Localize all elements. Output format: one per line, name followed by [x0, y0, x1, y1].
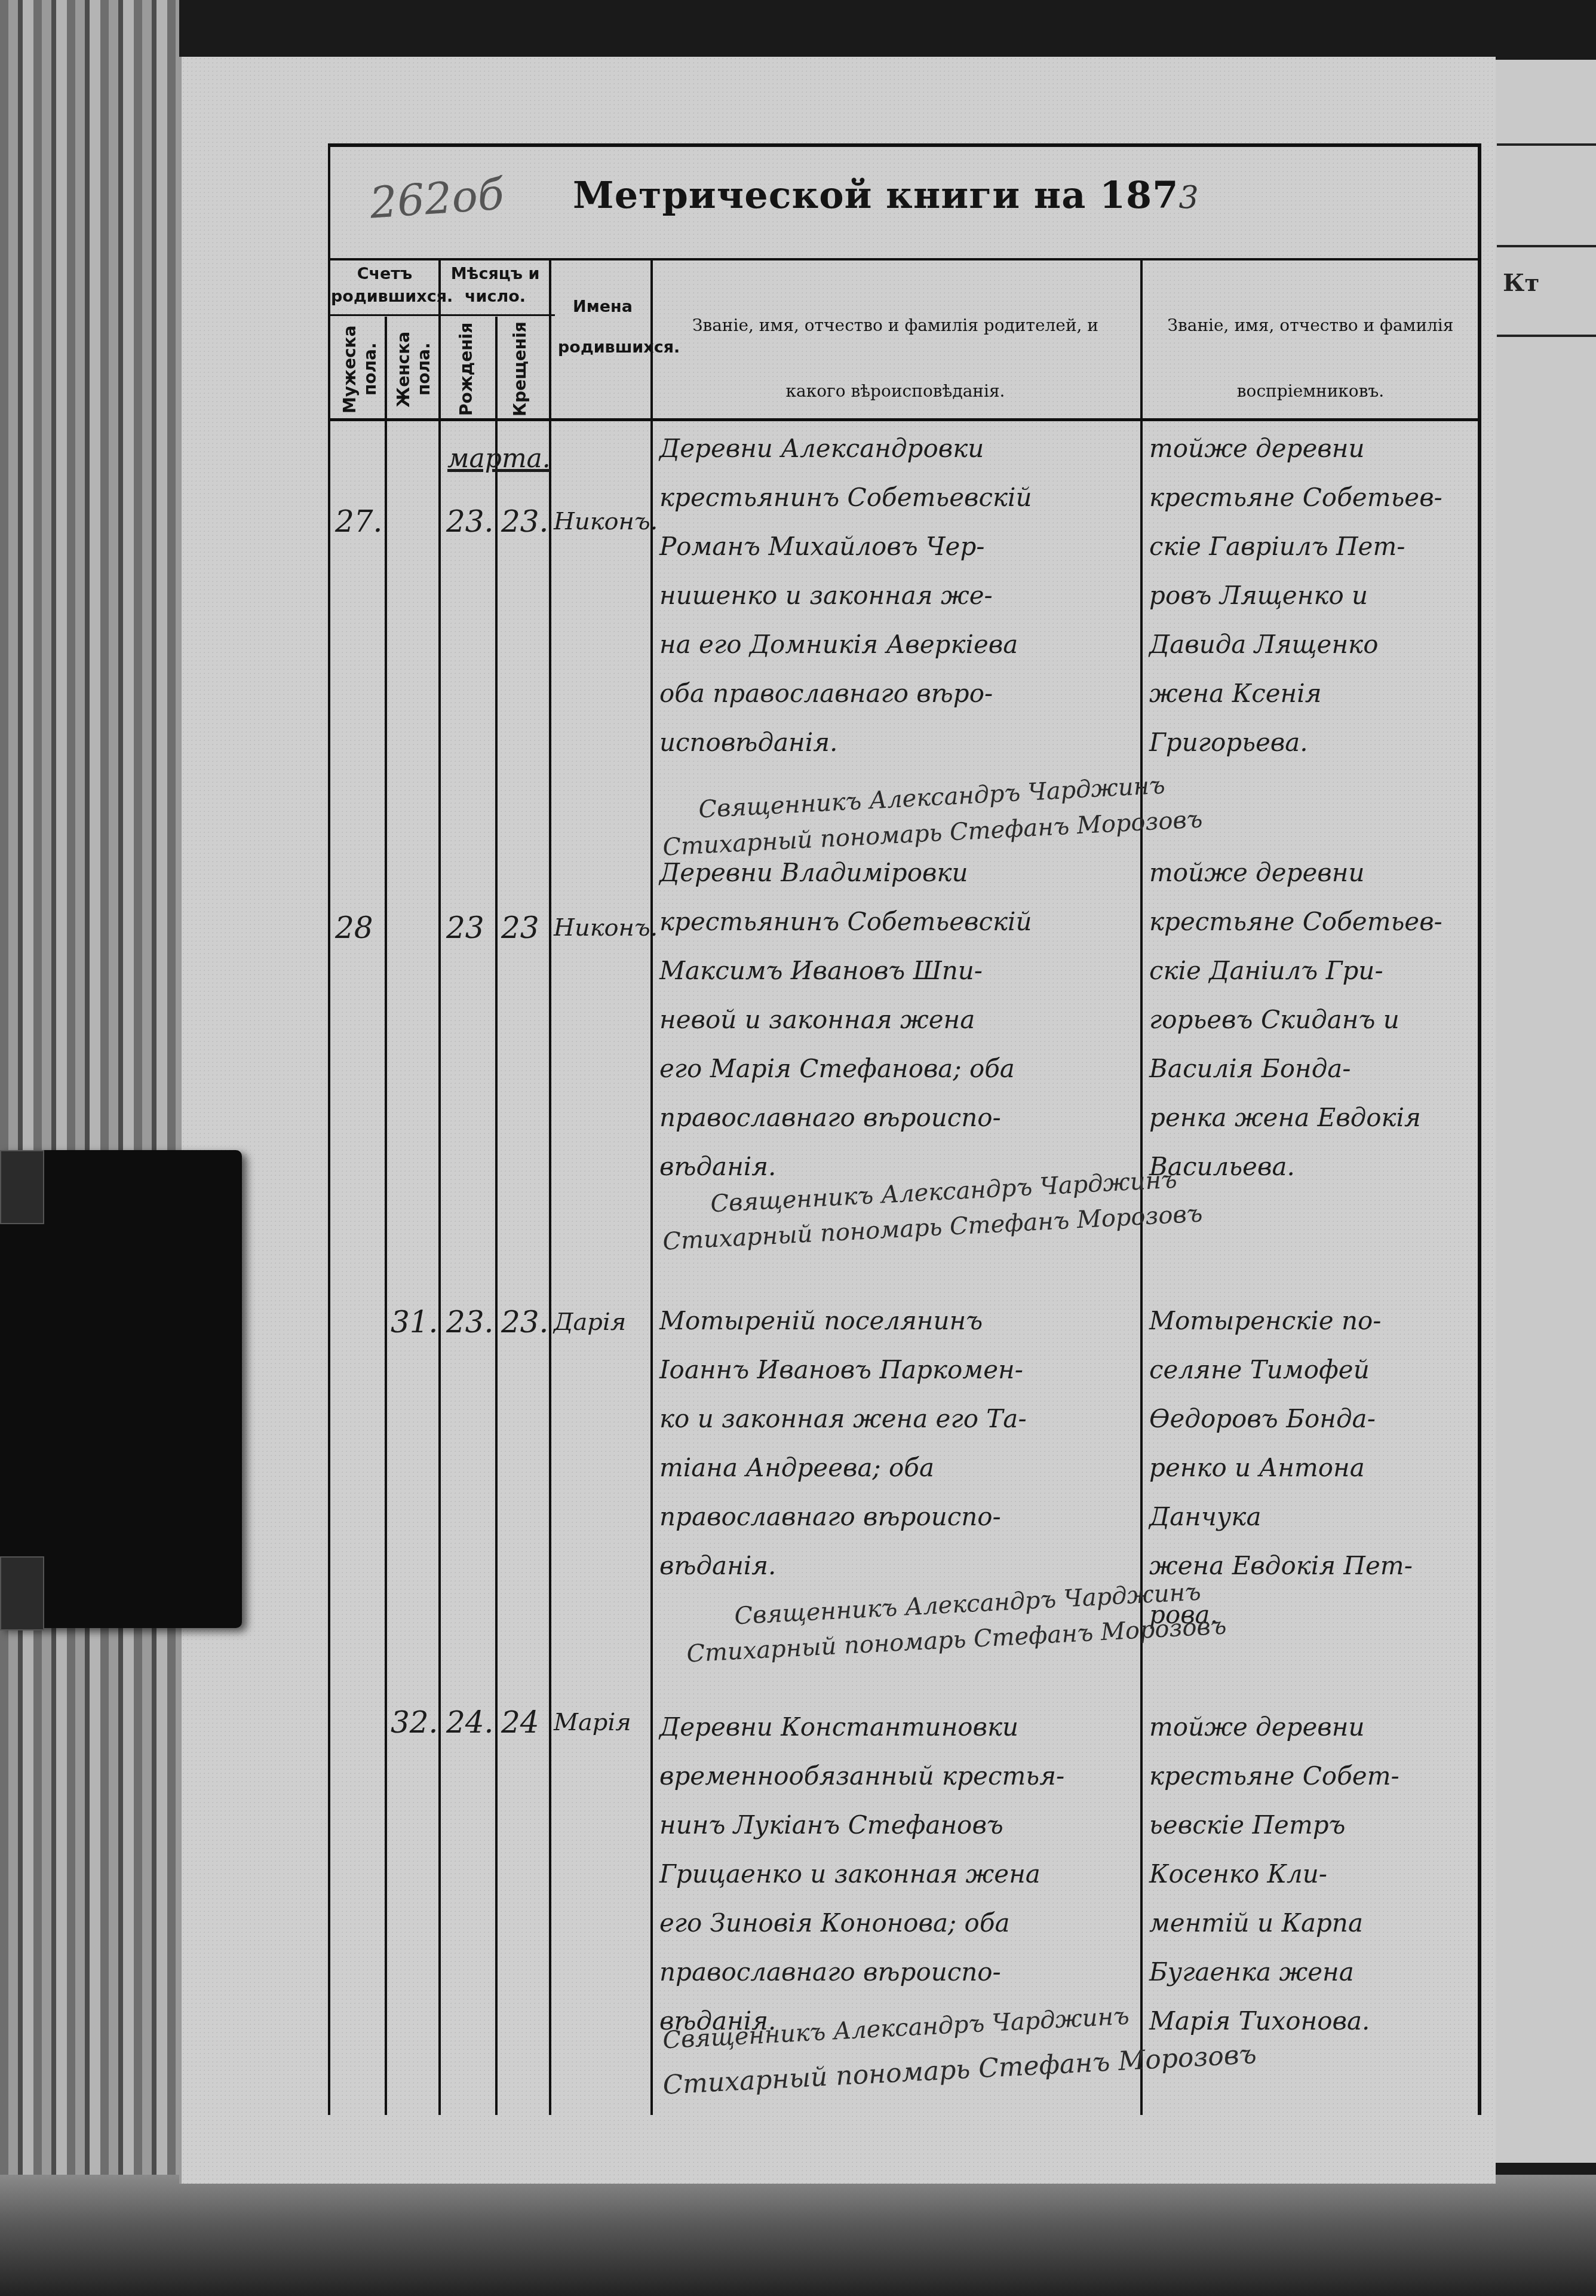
- column-rule: [1478, 143, 1481, 2115]
- top-rule: [328, 143, 1478, 147]
- header-names: Имена родившихся.: [558, 287, 647, 368]
- header-count-group: Счетъ родившихся.: [331, 263, 438, 308]
- column-rule: [549, 258, 551, 2115]
- entry-parents: Деревни Александровки крестьянинъ Собеть…: [659, 424, 1137, 767]
- entry-parents: Деревни Константиновки временнообязанный…: [659, 1703, 1137, 2046]
- header-count-female: Женска пола.: [394, 321, 429, 417]
- entry-parents: Мотыреній поселянинъ Іоаннъ Ивановъ Парк…: [659, 1296, 1137, 1590]
- header-godparents: Званіе, имя, отчество и фамилія воспріем…: [1158, 293, 1463, 424]
- entry-baptism-day: 23.: [501, 496, 549, 547]
- column-rule: [438, 258, 441, 2115]
- register-page: 262об Метрической книги на 1873 Счетъ ро…: [179, 57, 1496, 2184]
- entry-child-name: Дарія: [554, 1296, 626, 1348]
- facing-page-rule: [1497, 245, 1596, 247]
- entry-baptism-day: 24: [501, 1697, 539, 1748]
- book-page-edges: [0, 0, 179, 2296]
- month-label: марта.: [447, 433, 551, 485]
- entry-baptism-day: 23: [501, 902, 539, 954]
- header-count-male: Мужеска пола.: [340, 321, 376, 417]
- date-subrule: [441, 314, 555, 316]
- entry-child-name: Никонъ.: [554, 496, 658, 547]
- entry-male-number: 27.: [335, 496, 383, 547]
- entry-birth-day: 23: [446, 902, 484, 954]
- facing-page-rule: [1497, 335, 1596, 337]
- entry-godparents: тойже деревни крестьяне Собетьев- скіе Г…: [1149, 424, 1475, 767]
- clip-hinge: [0, 1150, 44, 1224]
- clip-hinge: [0, 1556, 44, 1630]
- title-year-handwritten: 3: [1178, 180, 1199, 216]
- folio-number: 262об: [368, 168, 505, 228]
- column-rule: [495, 317, 498, 2115]
- entry-male-number: 28: [335, 902, 373, 954]
- title-text: Метрической книги на 187: [573, 173, 1178, 217]
- register-table: 262об Метрической книги на 1873 Счетъ ро…: [328, 143, 1478, 2115]
- header-date-birth: Рожденія: [456, 321, 480, 417]
- entry-child-name: Никонъ.: [554, 902, 658, 954]
- column-rule: [328, 143, 330, 2115]
- facing-page-header: Кт: [1503, 269, 1539, 297]
- entry-child-name: Марія: [554, 1697, 631, 1748]
- book-bottom-edge: [0, 2175, 1596, 2296]
- header-top-rule: [328, 258, 1478, 260]
- entry-godparents: тойже деревни крестьяне Собет- ьевскіе П…: [1149, 1703, 1475, 2046]
- entry-birth-day: 23.: [446, 1296, 494, 1348]
- page-title: Метрической книги на 1873: [573, 173, 1290, 217]
- entry-female-number: 32.: [391, 1697, 438, 1748]
- column-rule: [385, 317, 387, 2115]
- header-parents: Званіе, имя, отчество и фамилія родителе…: [674, 293, 1116, 424]
- entry-parents: Деревни Владиміровки крестьянинъ Собетье…: [659, 848, 1137, 1191]
- entry-birth-day: 23.: [446, 496, 494, 547]
- entry-baptism-day: 23.: [501, 1296, 549, 1348]
- header-date-baptism: Крещенія: [510, 321, 534, 417]
- header-date-group: Мѣсяцъ и число.: [441, 263, 549, 308]
- entry-godparents: тойже деревни крестьяне Собетьев- скіе Д…: [1149, 848, 1475, 1191]
- facing-page-rule: [1497, 143, 1596, 146]
- binder-clip: [0, 1150, 242, 1628]
- entry-birth-day: 24.: [446, 1697, 494, 1748]
- entry-female-number: 31.: [391, 1296, 438, 1348]
